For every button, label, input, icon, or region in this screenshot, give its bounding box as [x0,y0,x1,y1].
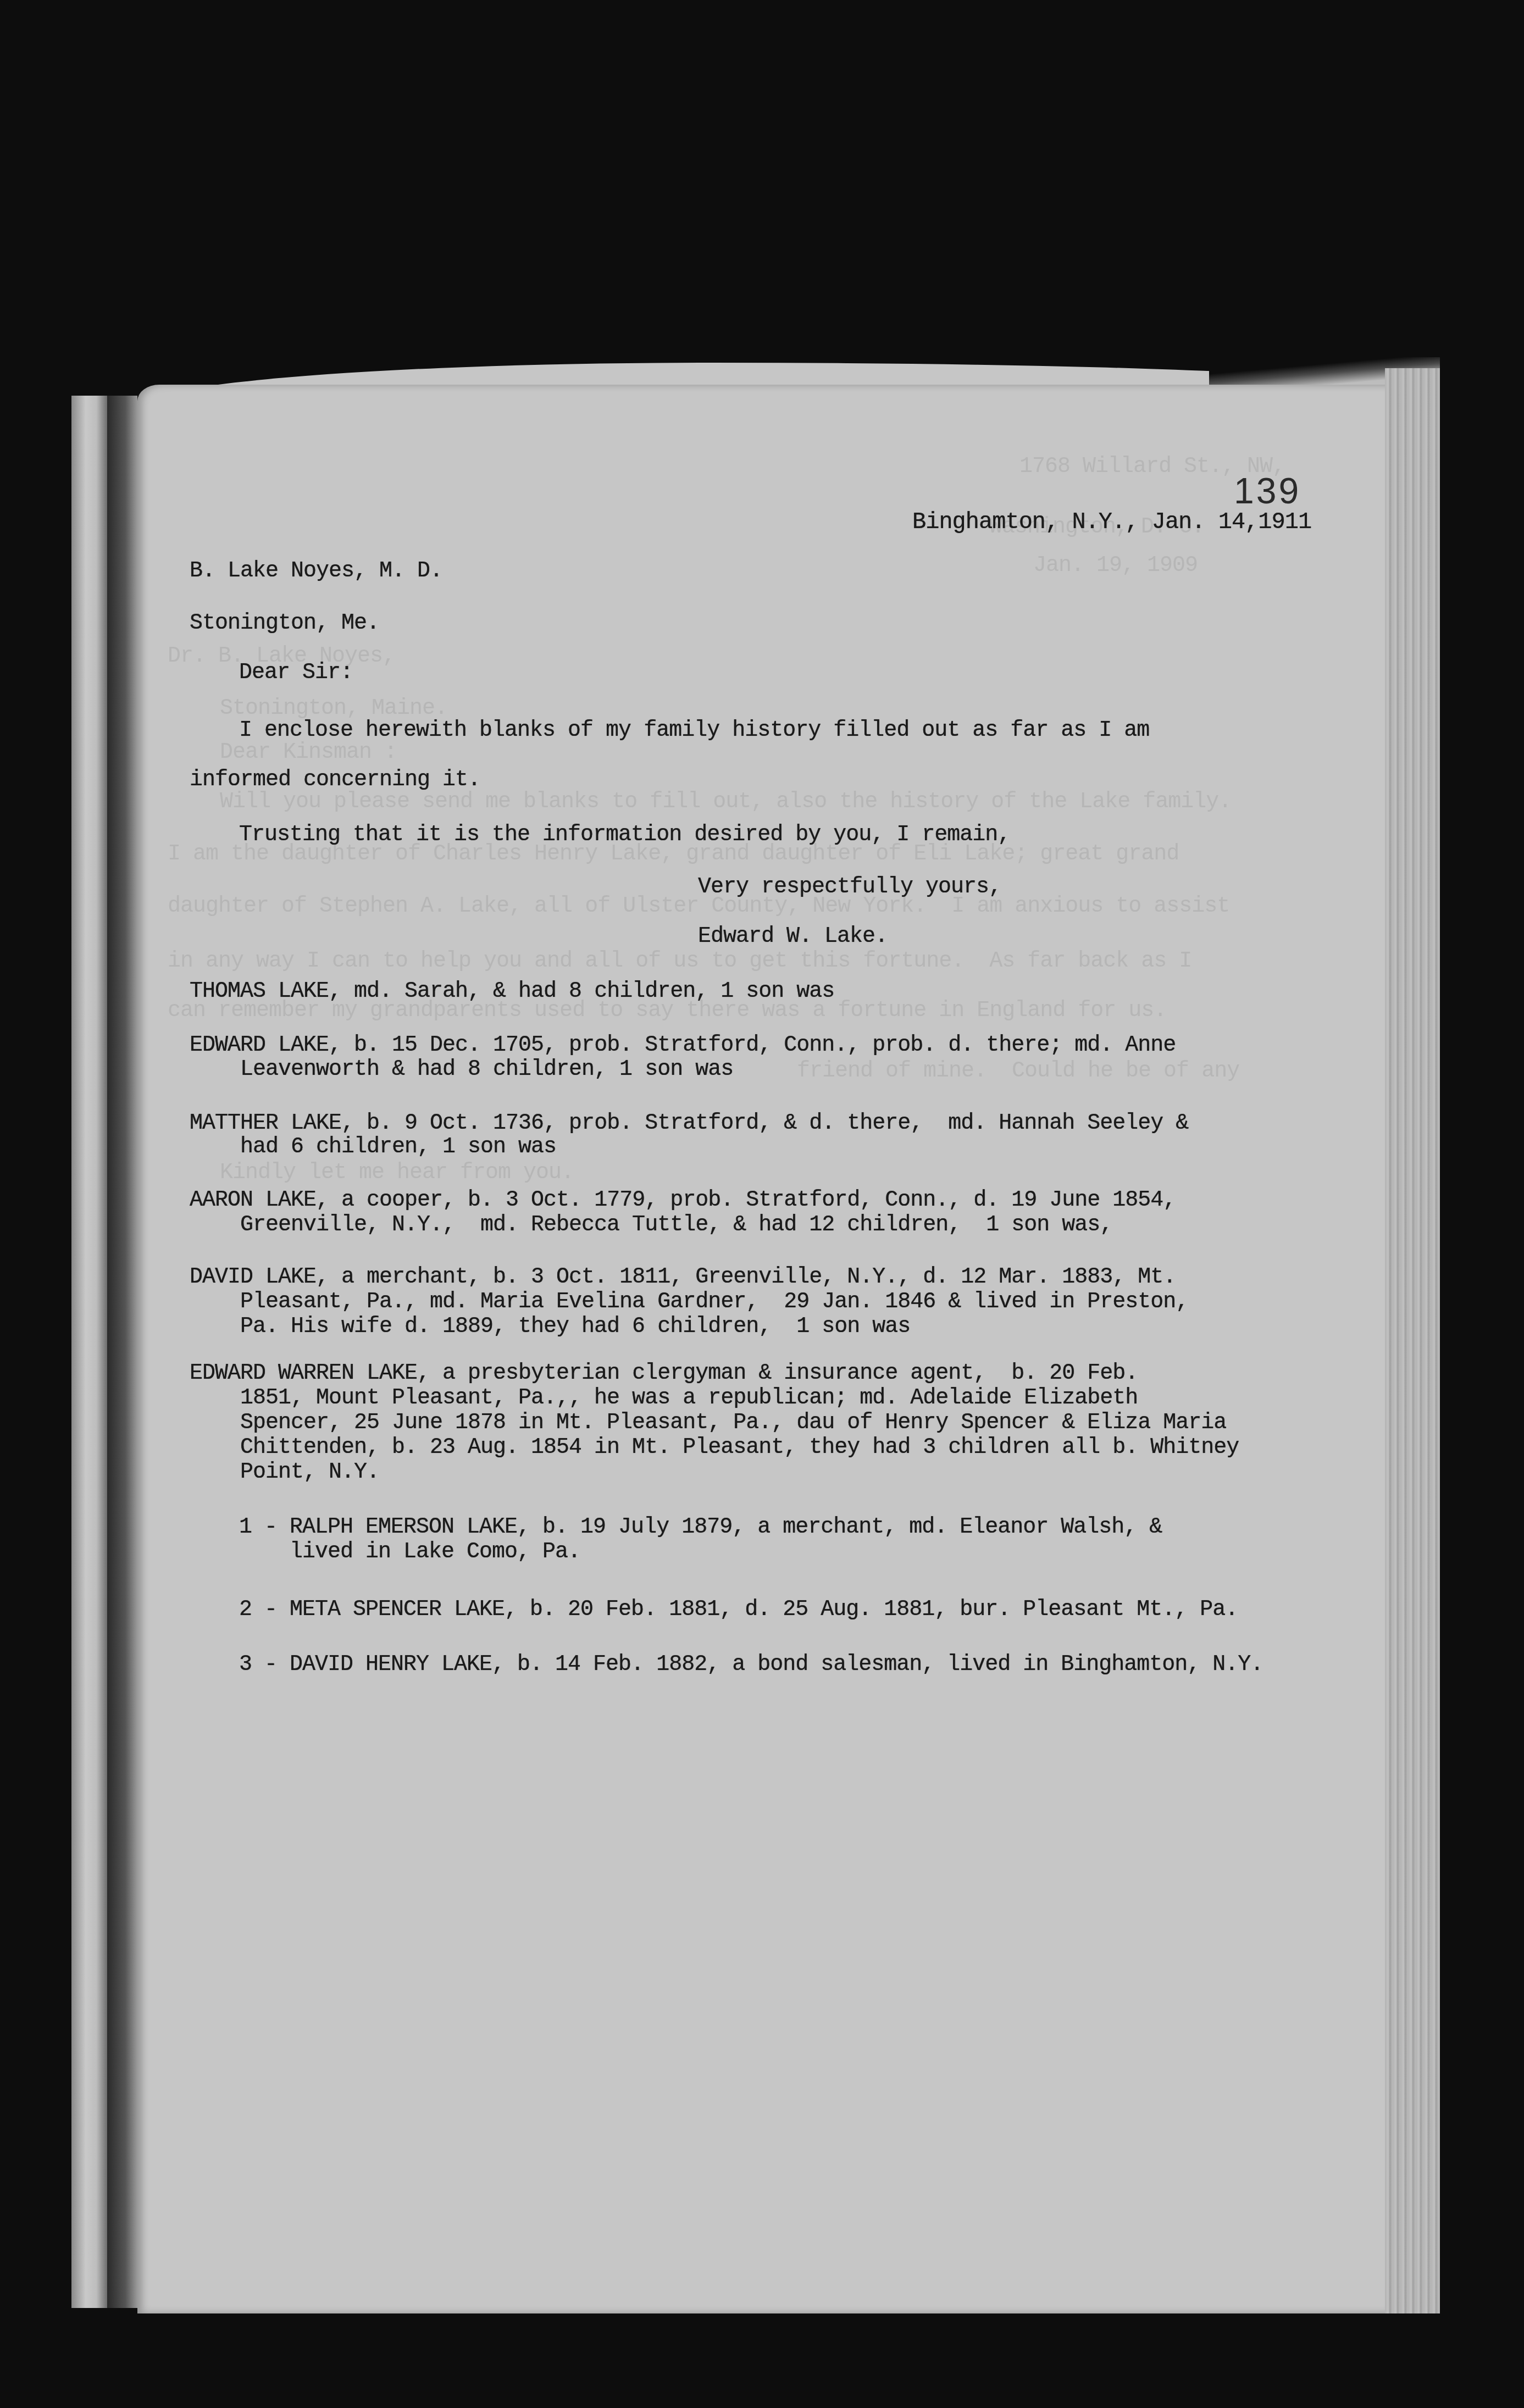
genealogy-entry-edward-warren: EDWARD WARREN LAKE, a presbyterian clerg… [190,1360,1138,1388]
recipient-name: B. Lake Noyes, M. D. [190,558,442,585]
genealogy-entry-aaron: AARON LAKE, a cooper, b. 3 Oct. 1779, pr… [190,1187,1176,1214]
body-paragraph-1-continued: informed concerning it. [190,767,480,794]
genealogy-entry-edward-warren-cont: Point, N.Y. [190,1459,379,1486]
child-entry-3: 3 - DAVID HENRY LAKE, b. 14 Feb. 1882, a… [239,1651,1263,1679]
genealogy-entry-david-cont: Pleasant, Pa., md. Maria Evelina Gardner… [190,1289,1188,1316]
bleed-through-line: friend of mine. Could he be of any [797,1058,1239,1085]
recipient-location: Stonington, Me. [190,610,379,637]
closing: Very respectfully yours, [698,874,1001,901]
child-entry-2: 2 - META SPENCER LAKE, b. 20 Feb. 1881, … [239,1596,1238,1624]
genealogy-entry-matther-cont: had 6 children, 1 son was [190,1134,556,1161]
genealogy-entry-aaron-cont: Greenville, N.Y., md. Rebecca Tuttle, & … [190,1212,1112,1239]
signature: Edward W. Lake. [698,923,888,951]
genealogy-entry-edward-cont: Leavenworth & had 8 children, 1 son was [190,1056,733,1084]
dateline: Binghamton, N.Y., Jan. 14,1911 [912,508,1311,536]
body-paragraph-2: Trusting that it is the information desi… [239,822,1010,849]
child-entry-1: 1 - RALPH EMERSON LAKE, b. 19 July 1879,… [239,1514,1162,1541]
child-entry-1-cont: lived in Lake Como, Pa. [239,1539,580,1566]
book-gutter [107,396,137,2308]
genealogy-entry-edward-warren-cont: Spencer, 25 June 1878 in Mt. Pleasant, P… [190,1410,1226,1437]
bleed-through-line: in any way I can to help you and all of … [168,948,1192,975]
genealogy-entry-david: DAVID LAKE, a merchant, b. 3 Oct. 1811, … [190,1264,1176,1291]
page-stack-edges [1385,368,1440,2313]
book-binding-left [71,396,107,2308]
genealogy-entry-edward-warren-cont: 1851, Mount Pleasant, Pa.,, he was a rep… [190,1385,1138,1412]
body-paragraph-1: I enclose herewith blanks of my family h… [239,717,1149,745]
page-number: 139 [1234,470,1301,512]
bleed-through-line: Jan. 19, 1909 [1033,552,1198,580]
salutation: Dear Sir: [239,659,353,687]
bleed-through-line: Kindly let me hear from you. [220,1159,574,1187]
genealogy-entry-thomas: THOMAS LAKE, md. Sarah, & had 8 children… [190,978,834,1006]
genealogy-entry-david-cont: Pa. His wife d. 1889, they had 6 childre… [190,1313,910,1341]
genealogy-entry-edward-warren-cont: Chittenden, b. 23 Aug. 1854 in Mt. Pleas… [190,1434,1239,1462]
genealogy-entry-edward: EDWARD LAKE, b. 15 Dec. 1705, prob. Stra… [190,1032,1176,1059]
